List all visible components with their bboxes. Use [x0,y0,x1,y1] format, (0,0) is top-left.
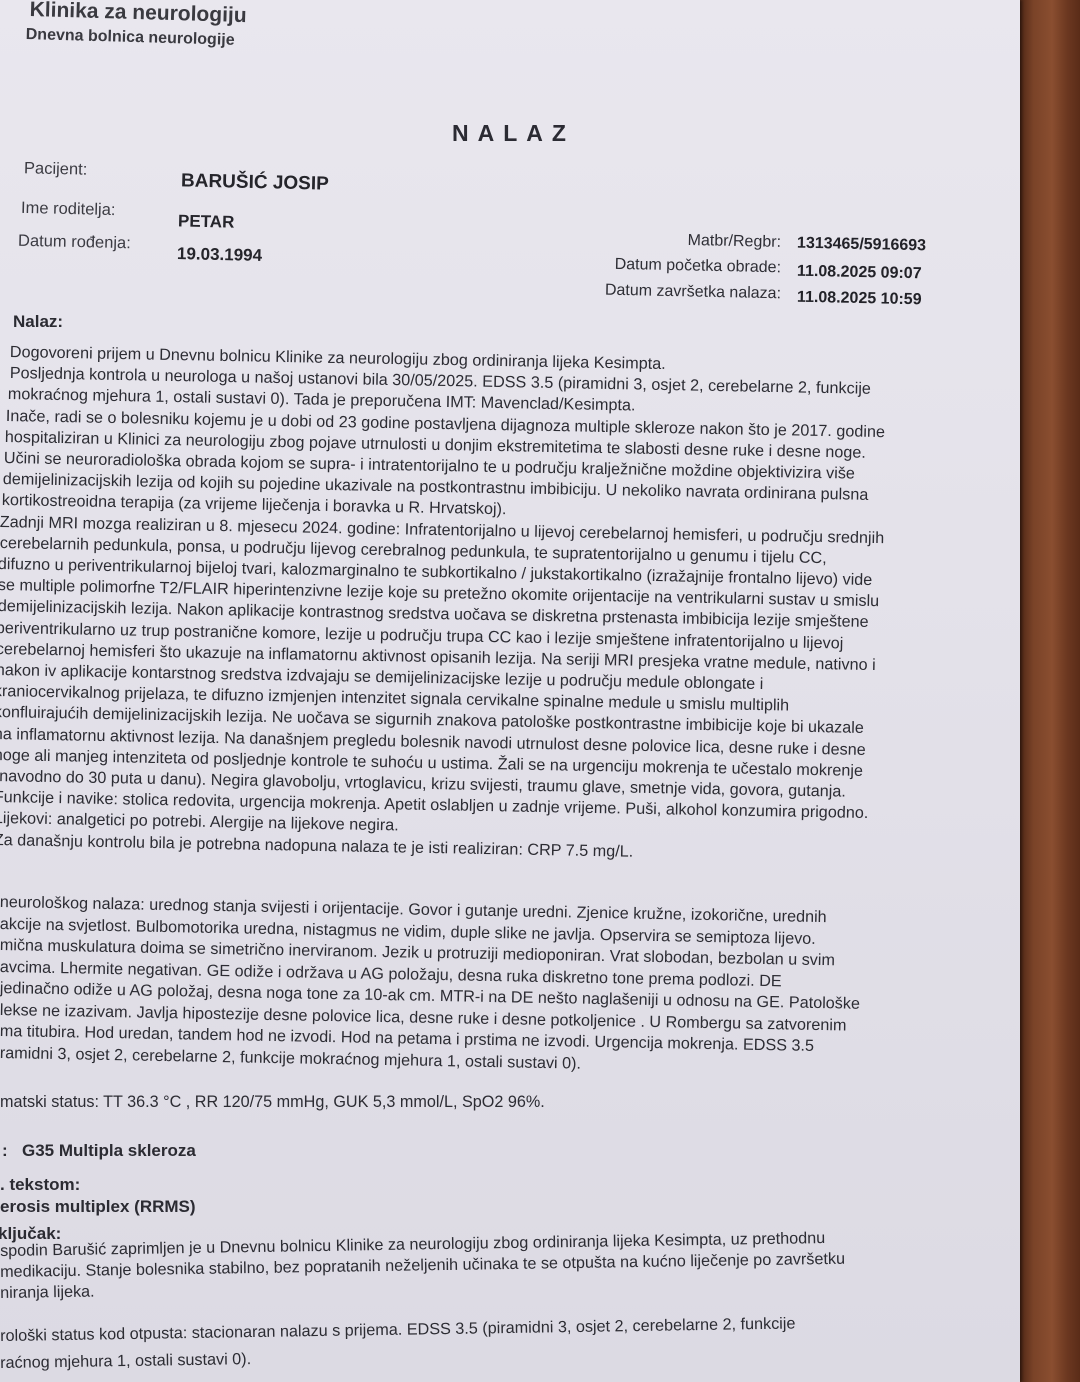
diagnosis-text-label: . tekstom: [0,1175,80,1195]
birth-date: 19.03.1994 [177,244,263,266]
parent-name: PETAR [178,211,235,232]
parent-name-label: Ime roditelja: [21,199,116,220]
report-end-label: Datum završetka nalaza: [560,281,781,304]
findings-line: Lijekovi: analgetici po potrebi. Alergij… [0,810,399,834]
record-id-label: Matbr/Regbr: [600,230,781,252]
discharge-line: raćnog mjehura 1, ostali sustavi 0). [0,1351,251,1371]
record-id: 1313465/5916693 [797,235,926,256]
wooden-surface [1018,0,1080,1382]
patient-label: Pacijent: [24,159,88,179]
birth-date-label: Datum rođenja: [18,232,131,254]
processing-start: 11.08.2025 09:07 [797,263,922,284]
vitals-line: matski status: TT 36.3 °C , RR 120/75 mm… [0,1094,545,1110]
report-end: 11.08.2025 10:59 [797,289,922,310]
findings-heading: Nalaz: [13,312,63,332]
diagnosis-code: G35 Multipla skleroza [22,1141,196,1161]
medical-report-page: Klinika za neurologiju Dnevna bolnica ne… [0,0,1020,1382]
findings-line: Za današnju kontrolu bila je potrebna na… [0,832,633,860]
discharge-line: rološki status kod otpusta: stacionaran … [0,1316,796,1345]
patient-name: BARUŠIĆ JOSIP [181,170,329,195]
diagnosis-text: erosis multiplex (RRMS) [0,1197,196,1217]
clinic-name: Klinika za neurologiju [29,0,247,28]
department-name: Dnevna bolnica neurologije [25,26,234,50]
document-title: NALAZ [452,120,575,147]
processing-start-label: Datum početka obrade: [560,255,781,278]
conclusion-line: niranja lijeka. [0,1284,95,1302]
diagnosis-code-prefix: : [2,1141,8,1161]
